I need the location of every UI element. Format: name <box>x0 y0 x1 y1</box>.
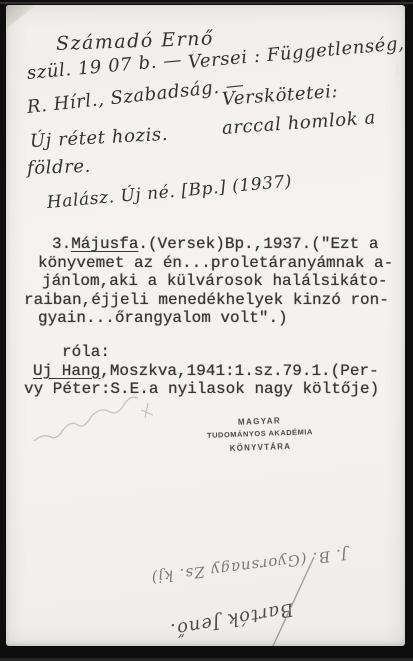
catalog-card: Számadó Ernő szül. 19 07 b. — Versei : F… <box>6 5 405 646</box>
journal-title-underlined: Uj Hang <box>33 362 100 380</box>
reference-line1: Uj Hang,Moszkva,1941:1.sz.79.1.(Per- <box>33 362 379 381</box>
journal-citation: ,Moszkva,1941:1.sz.79.1.(Per- <box>100 362 378 380</box>
typed-entry-line1: 3.Májusfa.(Versek)Bp.,1937.("Ezt a <box>52 235 393 254</box>
handwritten-note-rotated-a: J. B. (Gyorsnagy Zs. kj) <box>114 541 384 592</box>
entry-number: 3. <box>52 235 71 253</box>
typed-reference: róla: Uj Hang,Moszkva,1941:1.sz.79.1.(Pe… <box>24 343 379 399</box>
handwritten-volume-title: Új rétet hozis. <box>29 124 168 152</box>
entry-imprint: .(Versek)Bp.,1937.("Ezt a <box>138 235 378 253</box>
dog-ear-fold <box>6 5 36 29</box>
handwritten-volume-title-3: földre. <box>27 156 92 179</box>
pencil-stroke-mark <box>256 551 326 646</box>
typed-entry-line4: raiban,éjjeli menedékhelyek kinzó ron- <box>24 291 393 310</box>
handwritten-birth: szül. 19 07 b. — <box>26 50 183 84</box>
handwritten-citation: Halász. Új né. [Bp.] (1937) <box>46 172 293 213</box>
scan-background: { "card": { "handwritten_header": { "nam… <box>0 0 413 661</box>
scan-noise <box>7 215 10 231</box>
typed-entry-line5: gyain...őrangyalom volt".) <box>38 309 393 328</box>
pencil-scribble-mark <box>28 399 163 451</box>
entry-title-underlined: Májusfa <box>71 235 138 253</box>
card-bottom-edge <box>0 2 413 4</box>
typed-entry-line2: könyvemet az én...proletáranyámnak a- <box>38 254 393 273</box>
reference-line2: vy Péter:S.E.a nyilasok nagy költője) <box>24 380 379 399</box>
typed-entry-line3: jánlom,aki a külvárosok halálsikáto- <box>42 272 393 291</box>
typed-entry: 3.Májusfa.(Versek)Bp.,1937.("Ezt a könyv… <box>24 235 393 328</box>
library-stamp: MAGYAR TUDOMÁNYOS AKADÉMIA KÖNYVTÁRA <box>198 414 321 456</box>
reference-label: róla: <box>62 343 379 362</box>
scan-noise <box>396 65 399 75</box>
handwritten-periodicals: Versei : Függetlenség, <box>187 33 405 73</box>
handwritten-volume-title-2: arccal homlok a <box>221 107 376 139</box>
